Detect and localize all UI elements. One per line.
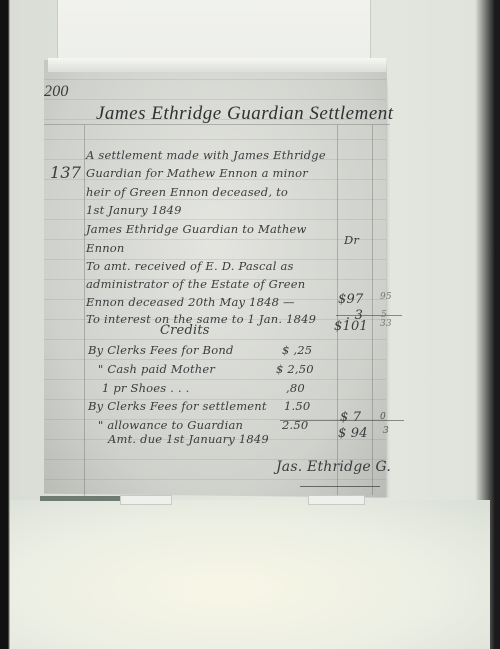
debit-total: $101: [334, 319, 368, 334]
debit-line: administrator of the Estate of Green: [86, 277, 305, 291]
debit-marker: Dr: [344, 233, 359, 247]
signature-flourish: [300, 486, 380, 487]
preamble-line: Guardian for Mathew Ennon a minor: [86, 166, 308, 180]
credit-amount: 1.50: [284, 399, 310, 413]
credit-label: 1 pr Shoes . . .: [102, 381, 190, 395]
cents-column-rule: [372, 125, 373, 495]
debit-line: To amt. received of E. D. Pascal as: [86, 259, 294, 273]
credit-amount: $ 2,50: [276, 362, 314, 376]
debit-cents: 95: [380, 292, 392, 302]
credits-heading: Credits: [160, 323, 210, 338]
credit-amount: 2.50: [282, 418, 308, 432]
debit-amount: $97: [338, 292, 363, 307]
debit-total-cents: 33: [380, 319, 392, 329]
credit-total-cents: 0: [380, 412, 386, 422]
balance-label: Amt. due 1st January 1849: [108, 432, 269, 446]
credit-label: " allowance to Guardian: [98, 418, 243, 432]
preamble-line: heir of Green Ennon deceased, to: [86, 185, 288, 199]
credit-amount: $ ,25: [282, 343, 312, 357]
credit-amount: ,80: [286, 381, 305, 395]
binding-tab: [120, 495, 172, 505]
page-top-edge: [48, 58, 386, 72]
preamble-line: A settlement made with James Ethridge: [86, 148, 326, 162]
account-title-line: Ennon: [86, 241, 125, 255]
page-number: 200: [44, 83, 69, 101]
entry-number: 137: [50, 163, 81, 182]
account-title-line: James Ethridge Guardian to Mathew: [86, 222, 307, 236]
debit-line: Ennon deceased 20th May 1848 —: [86, 295, 295, 309]
balance-amount: $ 94: [338, 426, 368, 441]
credit-label: By Clerks Fees for settlement: [88, 399, 267, 413]
balance-cents: 3: [383, 426, 389, 436]
preamble-line: 1st Janury 1849: [86, 203, 182, 217]
credit-label: By Clerks Fees for Bond: [88, 343, 234, 357]
signature: Jas. Ethridge G.: [276, 459, 391, 475]
scanner-background: [10, 500, 490, 649]
credit-total: $ 7: [340, 410, 361, 425]
credit-label: " Cash paid Mother: [98, 362, 215, 376]
page-bottom-edge: [40, 496, 120, 501]
ledger-heading: James Ethridge Guardian Settlement: [96, 103, 394, 125]
binding-tab: [308, 495, 365, 505]
margin-rule: [84, 125, 85, 500]
